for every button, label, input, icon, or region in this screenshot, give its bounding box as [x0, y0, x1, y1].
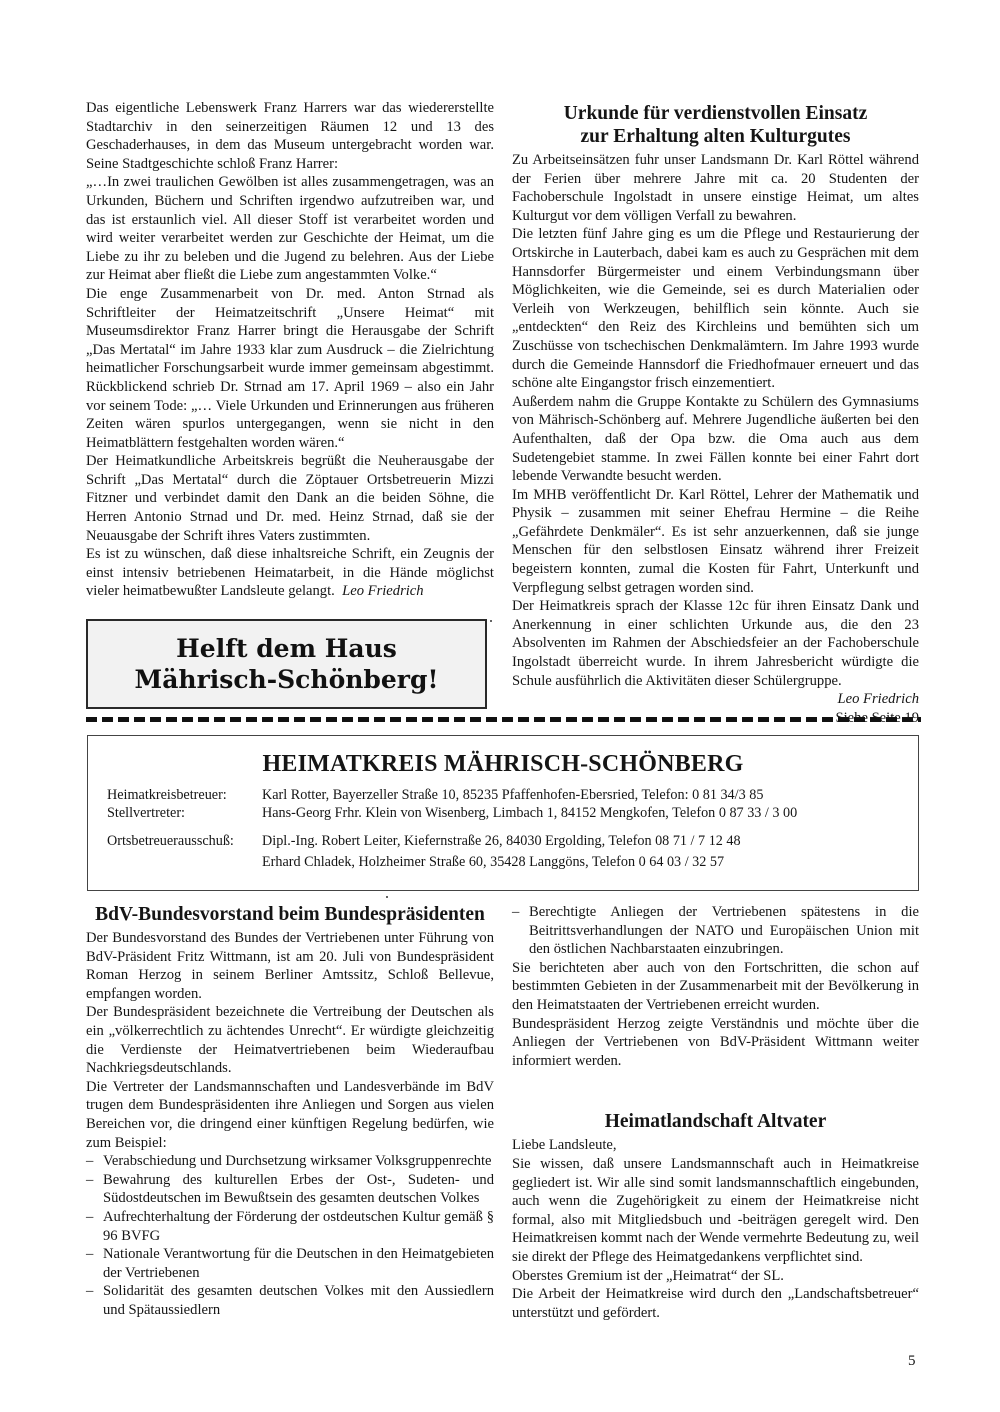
banner-line-2: Mährisch-Schönberg! [135, 664, 439, 695]
paragraph-text: Es ist zu wünschen, daß diese inhaltsrei… [86, 546, 494, 599]
contact-value: Erhard Chladek, Holzheimer Straße 60, 35… [262, 853, 724, 871]
contact-value: Hans-Georg Frhr. Klein von Wisenberg, Li… [262, 804, 797, 822]
heimatkreis-contact-box: HEIMATKREIS MÄHRISCH-SCHÖNBERG Heimatkre… [87, 735, 919, 891]
appeal-banner: Helft dem Haus Mährisch-Schönberg! [86, 619, 487, 709]
scan-speck [386, 896, 388, 898]
author-signature: Leo Friedrich [512, 690, 919, 709]
contact-label: Stellvertreter: [107, 804, 262, 822]
demands-list-continued: Berechtigte Anliegen der Vertriebenen sp… [512, 903, 919, 959]
box-title: HEIMATKREIS MÄHRISCH-SCHÖNBERG [88, 750, 918, 778]
contact-row: Ortsbetreuerausschuß:Dipl.-Ing. Robert L… [107, 832, 741, 850]
paragraph: Der Bundespräsident bezeichnete die Vert… [86, 1003, 494, 1077]
demands-list: Verabschiedung und Durchsetzung wirksame… [86, 1152, 494, 1319]
article-headline: BdV-Bundesvorstand beim Bundespräsidente… [86, 903, 494, 926]
banner-line-1: Helft dem Haus [176, 633, 397, 664]
article-harrer: Das eigentliche Lebenswerk Franz Harrers… [86, 99, 494, 601]
paragraph: Sie wissen, daß unsere Landsmannschaft a… [512, 1155, 919, 1267]
list-item: Verabschiedung und Durchsetzung wirksame… [86, 1152, 494, 1171]
list-item: Solidarität des gesamten deutschen Volke… [86, 1282, 494, 1319]
contact-value: Dipl.-Ing. Robert Leiter, Kiefernstraße … [262, 832, 741, 850]
headline-line-1: Urkunde für verdienstvollen Einsatz [512, 102, 919, 125]
list-item: Nationale Verantwortung für die Deutsche… [86, 1245, 494, 1282]
contact-label: Ortsbetreuerausschuß: [107, 832, 262, 850]
list-item: Aufrechterhaltung der Förderung der ostd… [86, 1208, 494, 1245]
article-bdv: BdV-Bundesvorstand beim Bundespräsidente… [86, 903, 494, 1319]
contact-label: Heimatkreisbetreuer: [107, 786, 262, 804]
paragraph: Zu Arbeitseinsätzen fuhr unser Landsmann… [512, 151, 919, 225]
headline-line-2: zur Erhaltung alten Kulturgutes [512, 125, 919, 148]
paragraph: Der Heimatkundliche Arbeitskreis begrüßt… [86, 452, 494, 545]
contact-row: Erhard Chladek, Holzheimer Straße 60, 35… [107, 853, 724, 871]
paragraph: Der Heimatkreis sprach der Klasse 12c fü… [512, 597, 919, 690]
paragraph: Die enge Zusammenarbeit von Dr. med. Ant… [86, 285, 494, 452]
article-altvater: Heimatlandschaft Altvater Liebe Landsleu… [512, 1110, 919, 1322]
page-number: 5 [908, 1353, 916, 1370]
contact-row: Heimatkreisbetreuer:Karl Rotter, Bayerze… [107, 786, 763, 804]
paragraph: Außerdem nahm die Gruppe Kontakte zu Sch… [512, 393, 919, 486]
paragraph: Die Vertreter der Landsmannschaften und … [86, 1078, 494, 1152]
paragraph: Bundespräsident Herzog zeigte Verständni… [512, 1015, 919, 1071]
contact-row: Stellvertreter:Hans-Georg Frhr. Klein vo… [107, 804, 797, 822]
paragraph: Die Arbeit der Heimatkreise wird durch d… [512, 1285, 919, 1322]
paragraph: Liebe Landsleute, [512, 1136, 919, 1155]
paragraph: Der Bundesvorstand des Bundes der Vertri… [86, 929, 494, 1003]
dashed-separator [86, 717, 921, 722]
quote-paragraph: „…In zwei traulichen Gewölben ist alles … [86, 173, 494, 285]
article-bdv-continued: Berechtigte Anliegen der Vertriebenen sp… [512, 903, 919, 1322]
paragraph: Im MHB veröffentlicht Dr. Karl Röttel, L… [512, 486, 919, 598]
contact-value: Karl Rotter, Bayerzeller Straße 10, 8523… [262, 786, 763, 804]
paragraph: Die letzten fünf Jahre ging es um die Pf… [512, 225, 919, 392]
paragraph-with-signature: Es ist zu wünschen, daß diese inhaltsrei… [86, 545, 494, 601]
article-headline: Urkunde für verdienstvollen Einsatz zur … [512, 102, 919, 148]
author-signature: Leo Friedrich [342, 583, 423, 599]
spacer [512, 1070, 919, 1110]
paragraph: Sie berichteten aber auch von den Fortsc… [512, 959, 919, 1015]
list-item: Bewahrung des kulturellen Erbes der Ost-… [86, 1171, 494, 1208]
paragraph: Oberstes Gremium ist der „Heimatrat“ der… [512, 1267, 919, 1286]
paragraph: Das eigentliche Lebenswerk Franz Harrers… [86, 99, 494, 173]
scan-speck [490, 620, 492, 622]
article-urkunde: Urkunde für verdienstvollen Einsatz zur … [512, 102, 919, 727]
list-item: Berechtigte Anliegen der Vertriebenen sp… [512, 903, 919, 959]
article-headline: Heimatlandschaft Altvater [512, 1110, 919, 1133]
